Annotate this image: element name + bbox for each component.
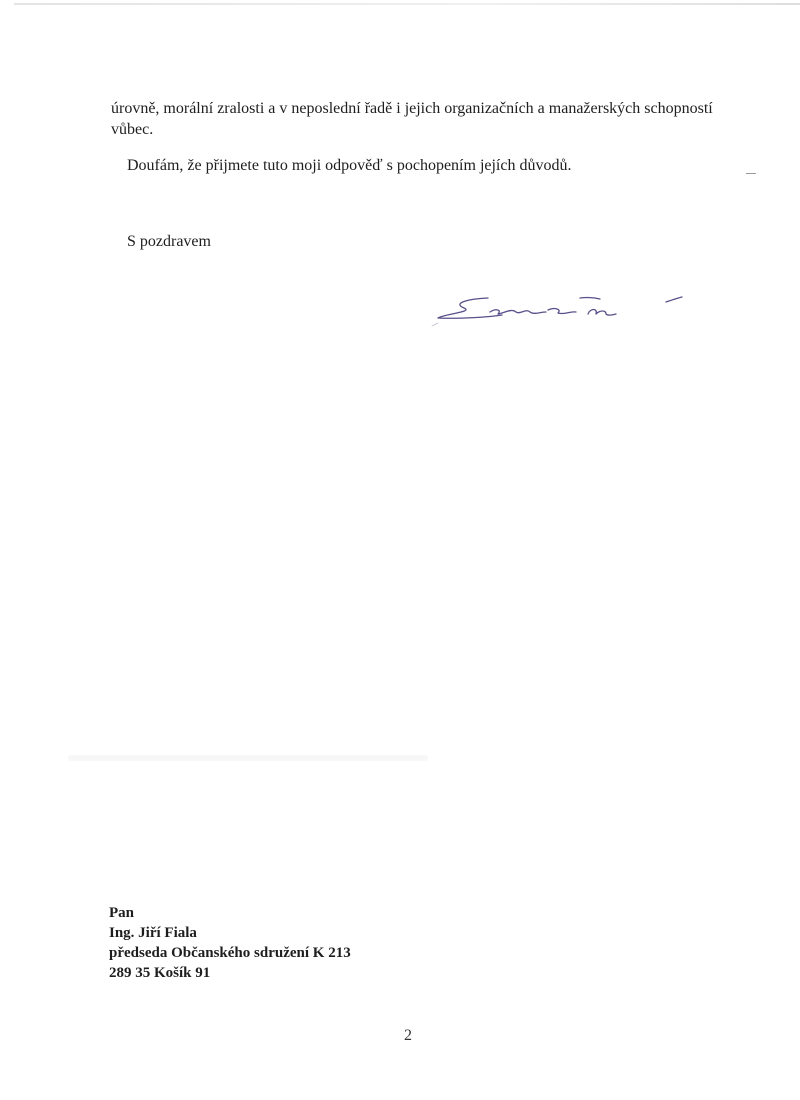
bleed-through-artifact (68, 755, 428, 761)
paragraph-line: úrovně, morální zralosti a v neposlední … (111, 98, 713, 119)
address-postal: 289 35 Košík 91 (109, 963, 351, 983)
page-number: 2 (404, 1027, 412, 1045)
closing-salutation: S pozdravem (127, 231, 211, 252)
address-name: Ing. Jiří Fiala (109, 923, 351, 943)
address-salutation: Pan (109, 903, 351, 923)
body-paragraph-1: úrovně, morální zralosti a v neposlední … (111, 98, 713, 140)
recipient-address: Pan Ing. Jiří Fiala předseda Občanského … (109, 903, 351, 983)
paragraph-line: vůbec. (111, 119, 713, 140)
body-paragraph-2: Doufám, že přijmete tuto moji odpověď s … (127, 155, 571, 176)
address-title: předseda Občanského sdružení K 213 (109, 943, 351, 963)
scan-mark-artifact (746, 173, 756, 174)
scan-edge-artifact (14, 3, 800, 5)
document-page: úrovně, morální zralosti a v neposlední … (0, 0, 800, 1100)
handwritten-signature (430, 290, 690, 330)
paragraph-line: Doufám, že přijmete tuto moji odpověď s … (127, 155, 571, 176)
